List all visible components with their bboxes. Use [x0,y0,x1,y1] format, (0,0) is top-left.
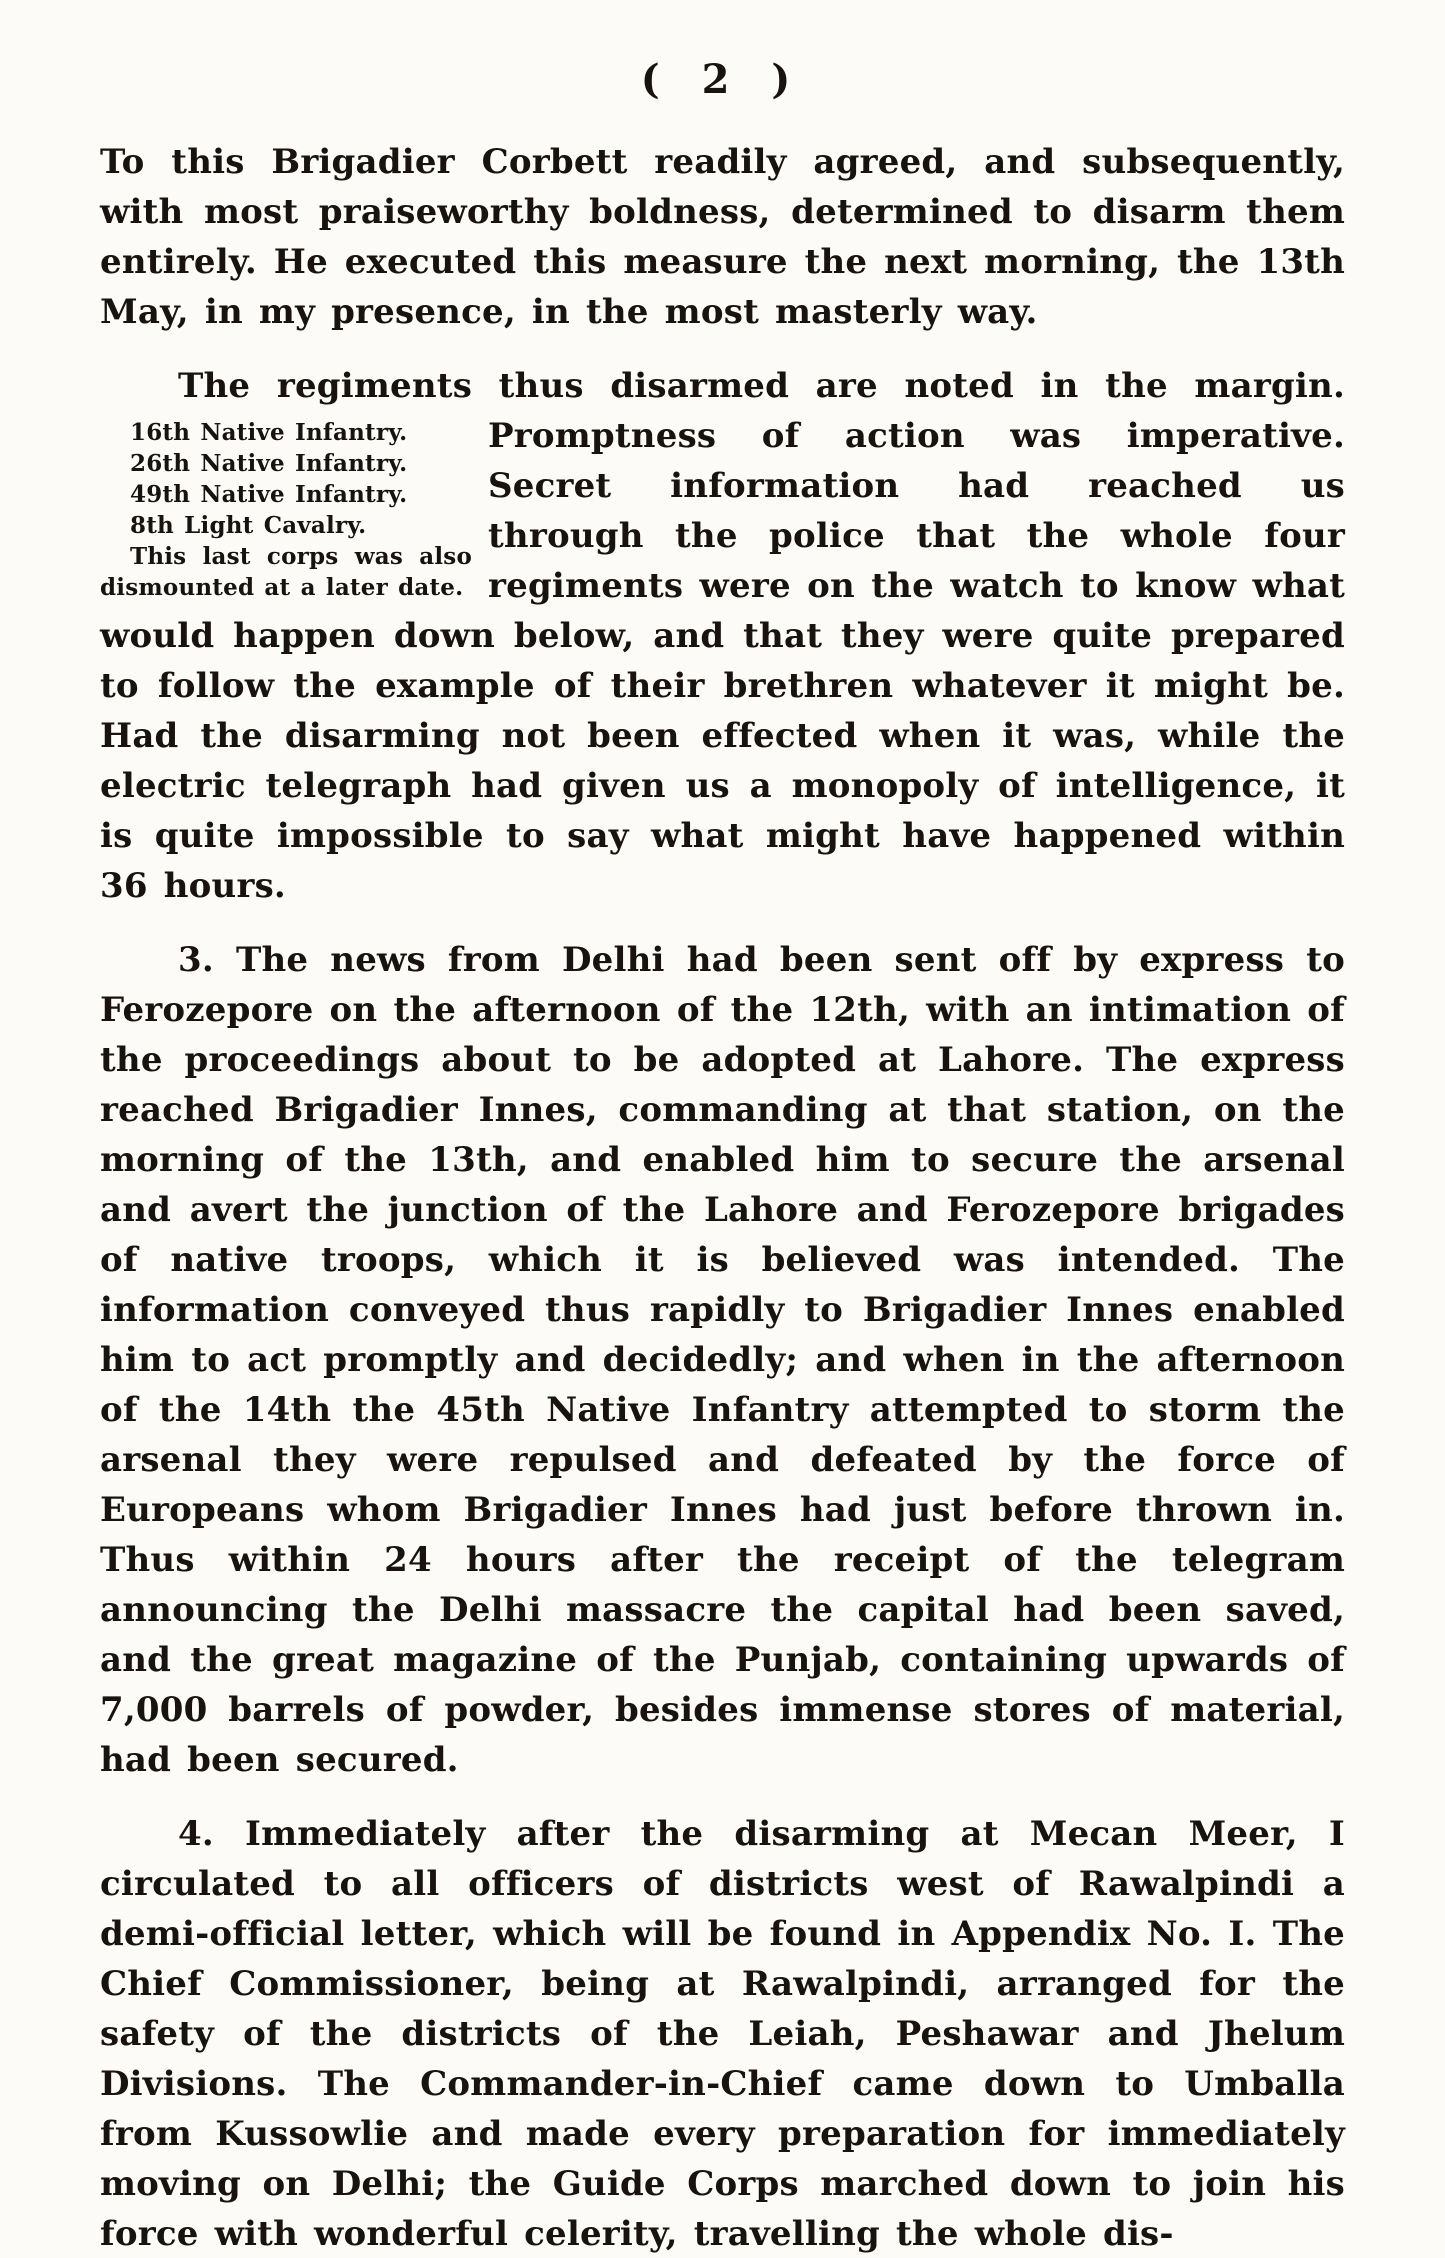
body-paragraph-1: To this Brigadier Corbett readily agreed… [100,137,1345,337]
margin-note-remark: This last corps was also dismounted at a… [100,541,472,603]
page-number: ( 2 ) [100,56,1345,103]
margin-note-regiment: 26th Native Infantry. [100,448,472,479]
body-paragraph-2: The regiments thus disarmed are noted in… [100,361,1345,911]
paragraph-2-lead-sentence: The regiments thus disarmed are noted in… [178,366,1345,406]
margin-note-regiment: 49th Native Infantry. [100,479,472,510]
margin-note-disarmed-regiments: 16th Native Infantry.26th Native Infantr… [100,417,472,603]
document-page: ( 2 ) To this Brigadier Corbett readily … [0,0,1445,2258]
body-paragraph-4: 4. Immediately after the disarming at Me… [100,1809,1345,2258]
body-paragraph-3: 3. The news from Delhi had been sent off… [100,935,1345,1785]
margin-note-regiment: 8th Light Cavalry. [100,510,472,541]
margin-note-regiment: 16th Native Infantry. [100,417,472,448]
